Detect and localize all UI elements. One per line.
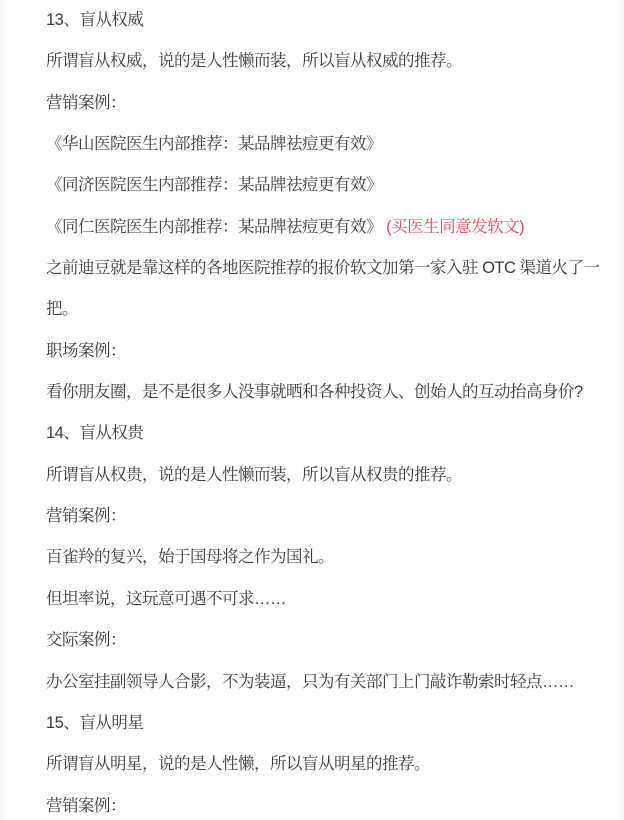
paragraph-text: 《同济医院医生内部推荐：某品牌祛痘更有效》 [46, 176, 382, 194]
paragraph-text: 交际案例： [46, 631, 126, 649]
paragraph-text: 所谓盲从权贵，说的是人性懒而装，所以盲从权贵的推荐。 [46, 466, 462, 484]
paragraph-text: 办公室挂副领导人合影，不为装逼，只为有关部门上门敲诈勒索时轻点…… [46, 673, 574, 691]
paragraph: 但坦率说，这玩意可遇不可求…… [46, 579, 602, 620]
paragraph-annotation-red: (买医生同意发软文) [382, 218, 524, 236]
paragraph: 所谓盲从明星，说的是人性懒，所以盲从明星的推荐。 [46, 744, 602, 785]
paragraph: 办公室挂副领导人合影，不为装逼，只为有关部门上门敲诈勒索时轻点…… [46, 662, 602, 703]
paragraph-text: 所谓盲从权威，说的是人性懒而装，所以盲从权威的推荐。 [46, 52, 462, 70]
paragraph-text: 《华山医院医生内部推荐：某品牌祛痘更有效》 [46, 135, 382, 153]
paragraph: 13、盲从权威 [46, 0, 602, 41]
paragraph-text: 15、盲从明星 [46, 714, 143, 732]
paragraph: 营销案例： [46, 496, 602, 537]
paragraph: 《华山医院医生内部推荐：某品牌祛痘更有效》 [46, 124, 602, 165]
paragraph: 之前迪豆就是靠这样的各地医院推荐的报价软文加第一家入驻 OTC 渠道火了一把。 [46, 248, 602, 331]
paragraph: 14、盲从权贵 [46, 413, 602, 454]
paragraph: 看你朋友圈，是不是很多人没事就晒和各种投资人、创始人的互动抬高身价? [46, 372, 602, 413]
paragraph: 《同仁医院医生内部推荐：某品牌祛痘更有效》 (买医生同意发软文) [46, 207, 602, 248]
paragraph: 《同济医院医生内部推荐：某品牌祛痘更有效》 [46, 165, 602, 206]
paragraph: 职场案例： [46, 331, 602, 372]
paragraph-text: 看你朋友圈，是不是很多人没事就晒和各种投资人、创始人的互动抬高身价? [46, 383, 583, 401]
paragraph-text: 但坦率说，这玩意可遇不可求…… [46, 590, 286, 608]
document-page: 13、盲从权威 所谓盲从权威，说的是人性懒而装，所以盲从权威的推荐。 营销案例：… [0, 0, 624, 820]
paragraph-text: 13、盲从权威 [46, 11, 143, 29]
paragraph: 所谓盲从权贵，说的是人性懒而装，所以盲从权贵的推荐。 [46, 455, 602, 496]
paragraph: 营销案例： [46, 83, 602, 124]
paragraph-text: 《同仁医院医生内部推荐：某品牌祛痘更有效》 [46, 218, 382, 236]
paragraph: 交际案例： [46, 620, 602, 661]
paragraph-text: 职场案例： [46, 342, 126, 360]
page-left-edge-shadow [0, 0, 8, 820]
paragraph-container: 13、盲从权威 所谓盲从权威，说的是人性懒而装，所以盲从权威的推荐。 营销案例：… [46, 0, 602, 820]
paragraph: 15、盲从明星 [46, 703, 602, 744]
paragraph-text: 营销案例： [46, 507, 126, 525]
paragraph-text: 之前迪豆就是靠这样的各地医院推荐的报价软文加第一家入驻 OTC 渠道火了一把。 [46, 259, 600, 318]
paragraph-text: 14、盲从权贵 [46, 424, 143, 442]
paragraph: 所谓盲从权威，说的是人性懒而装，所以盲从权威的推荐。 [46, 41, 602, 82]
paragraph: 百雀羚的复兴，始于国母将之作为国礼。 [46, 537, 602, 578]
paragraph-text: 所谓盲从明星，说的是人性懒，所以盲从明星的推荐。 [46, 755, 430, 773]
paragraph-text: 营销案例： [46, 94, 126, 112]
paragraph-text: 营销案例： [46, 797, 126, 815]
page-right-edge-shadow [616, 0, 624, 820]
paragraph-text: 百雀羚的复兴，始于国母将之作为国礼。 [46, 548, 334, 566]
paragraph: 营销案例： [46, 786, 602, 820]
